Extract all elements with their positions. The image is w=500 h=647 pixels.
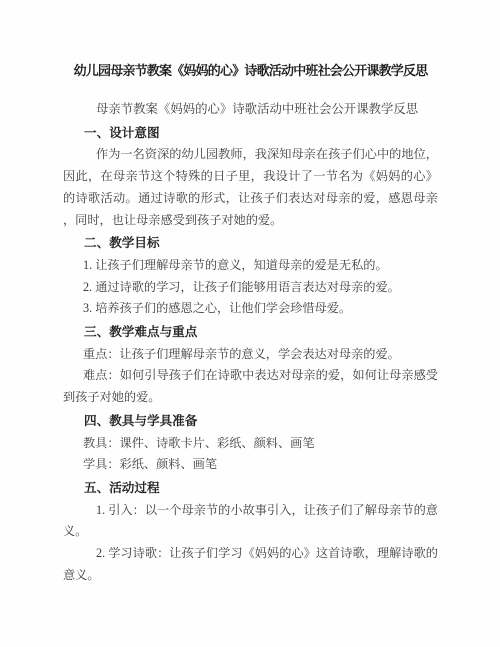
paragraph-activity-step-2: 2. 学习诗歌：让孩子们学习《妈妈的心》这首诗歌，理解诗歌的意义。 [63,543,438,586]
document-subtitle: 母亲节教案《妈妈的心》诗歌活动中班社会公开课教学反思 [63,99,438,121]
paragraph-activity-step-1: 1. 引入：以一个母亲节的小故事引入，让孩子们了解母亲节的意义。 [63,500,438,543]
paragraph-teaching-aids: 教具：课件、诗歌卡片、彩纸、颜料、画笔 [63,433,438,455]
section-heading-design-intent: 一、设计意图 [63,123,438,145]
document-page: 幼儿园母亲节教案《妈妈的心》诗歌活动中班社会公开课教学反思 母亲节教案《妈妈的心… [0,0,500,647]
paragraph-goal-2: 2. 通过诗歌的学习，让孩子们能够用语言表达对母亲的爱。 [63,277,438,299]
section-heading-activity-process: 五、活动过程 [63,478,438,500]
paragraph-key-point: 重点：让孩子们理解母亲节的意义，学会表达对母亲的爱。 [63,344,438,366]
section-heading-teaching-goals: 二、教学目标 [63,233,438,255]
paragraph-goal-3: 3. 培养孩子们的感恩之心，让他们学会珍惜母爱。 [63,298,438,320]
section-heading-materials: 四、教具与学具准备 [63,411,438,433]
paragraph-difficult-point: 难点：如何引导孩子们在诗歌中表达对母亲的爱，如何让母亲感受到孩子对她的爱。 [63,365,438,408]
paragraph-goal-1: 1. 让孩子们理解母亲节的意义，知道母亲的爱是无私的。 [63,255,438,277]
document-title: 幼儿园母亲节教案《妈妈的心》诗歌活动中班社会公开课教学反思 [63,57,438,84]
paragraph-student-aids: 学具：彩纸、颜料、画笔 [63,454,438,476]
section-heading-difficulties: 三、教学难点与重点 [63,322,438,344]
paragraph-design-intent: 作为一名资深的幼儿园教师，我深知母亲在孩子们心中的地位，因此，在母亲节这个特殊的… [63,144,438,231]
